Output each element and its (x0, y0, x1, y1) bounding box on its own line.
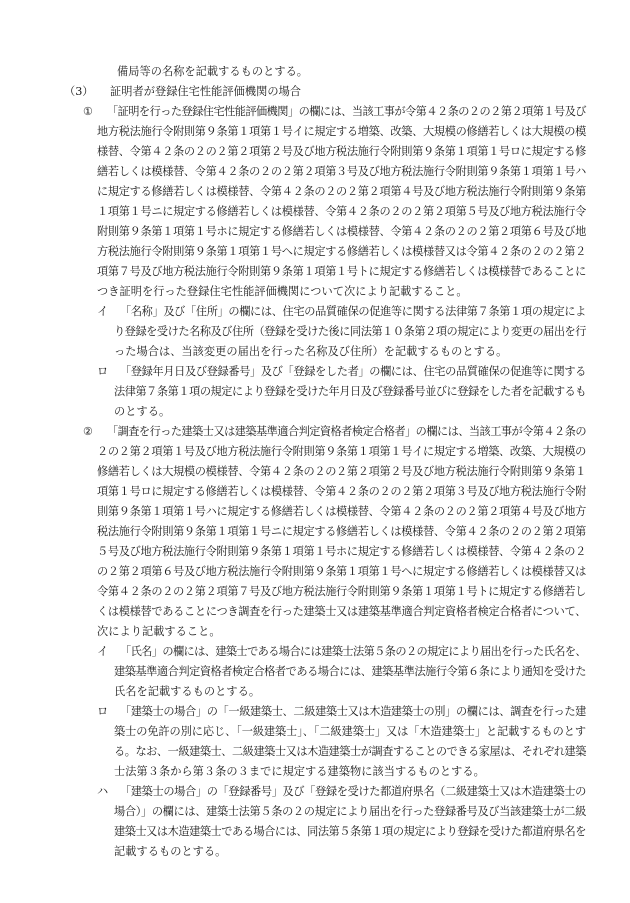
text-line: 「建築士の場合」の「一級建築士、二級建築士又は木造建築士の別」の欄には、調査を行… (120, 702, 586, 722)
text-line: 「登録年月日及び登録番号」及び「登録をした者」の欄には、住宅の品質確保の促進等に… (120, 362, 586, 382)
text-line: 証明者が登録住宅性能評価機関の場合 (110, 82, 301, 102)
text-line: ２の２第２項第１号及び地方税法施行令附則第９条第１項第１号イに規定する増築、改築… (97, 442, 586, 462)
text-line: 記載するものとする。 (114, 842, 226, 862)
text-line: 士法第３条から第３条の３までに規定する建築物に該当するものとする。 (114, 762, 485, 782)
text-line: 様替、令第４２条の２の２第２項第２号及び地方税法施行令附則第９条第１項第１号ロに… (97, 142, 586, 162)
text-line: 築士の免許の別に応じ、「一級建築士」、「二級建築士」又は「木造建築士」と記載する… (114, 722, 586, 742)
text-line: 場合）」の欄には、建築士法第５条の２の規定により届出を行った登録番号及び当該建築… (114, 802, 586, 822)
text-line: 法律第７条第１項の規定により登録を受けた年月日及び登録番号並びに登録をした者を記… (114, 382, 586, 402)
text-line: の２第２項第６号及び地方税法施行令附則第９条第１項第１号へに規定する修繕若しくは… (97, 562, 586, 582)
list-marker: ① (83, 102, 93, 122)
text-line: 「建築士の場合」の「登録番号」及び「登録を受けた都道府県名（二級建築士又は木造建… (120, 782, 586, 802)
list-marker: イ (97, 642, 108, 662)
text-line: り登録を受けた名称及び住所（登録を受けた後に同法第１０条第２項の規定により変更の… (114, 322, 586, 342)
text-line: 項第７号及び地方税法施行令附則第９条第１項第１号トに規定する修繕若しくは模様替で… (97, 262, 586, 282)
text-line: 「氏名」の欄には、建築士である場合には建築士法第５条の２の規定により届出を行った… (120, 642, 586, 662)
text-line: 税法施行令附則第９条第１項第１号ニに規定する修繕若しくは模様替、令第４２条の２の… (97, 522, 586, 542)
text-line: 備局等の名称を記載するものとする。 (117, 62, 308, 82)
text-line: る。なお、一級建築士、二級建築士又は木造建築士が調査することのできる家屋は、それ… (114, 742, 586, 762)
text-line: 方税法施行令附則第９条第１項第１号へに規定する修繕若しくは模様替又は令第４２条の… (97, 242, 586, 262)
text-line: 附則第９条第１項第１号ホに規定する修繕若しくは模様替、令第４２条の２の２第２項第… (97, 222, 586, 242)
text-line: 建築基準適合判定資格者検定合格者である場合には、建築基準法施行令第６条により通知… (114, 662, 586, 682)
list-marker: イ (97, 302, 108, 322)
text-line: 「名称」及び「住所」の欄には、住宅の品質確保の促進等に関する法律第７条第１項の規… (120, 302, 586, 322)
text-line: 地方税法施行令附則第９条第１項第１号イに規定する増築、改築、大規模の修繕若しくは… (97, 122, 586, 142)
text-line: つき証明を行った登録住宅性能評価機関について次により記載すること。 (97, 282, 468, 302)
text-line: 次により記載すること。 (97, 622, 221, 642)
text-line: １項第１号ニに規定する修繕若しくは模様替、令第４２条の２の２第２項第５号及び地方… (97, 202, 586, 222)
text-line: った場合は、当該変更の届出を行った名称及び住所）を記載するものとする。 (114, 342, 507, 362)
text-line: ５号及び地方税法施行令附則第９条第１項第１号ホに規定する修繕若しくは模様替、令第… (97, 542, 586, 562)
text-line: 項第１号ロに規定する修繕若しくは模様替、令第４２条の２の２第２項第３号及び地方税… (97, 482, 586, 502)
list-marker: ハ (97, 782, 108, 802)
text-line: のとする。 (114, 402, 170, 422)
text-line: 「調査を行った建築士又は建築基準適合判定資格者検定合格者」の欄には、当該工事が令… (107, 422, 586, 442)
text-line: 令第４２条の２の２第２項第７号及び地方税法施行令附則第９条第１項第１号トに規定す… (97, 582, 586, 602)
text-line: 氏名を記載するものとする。 (114, 682, 260, 702)
text-line: 修繕若しくは大規模の模様替、令第４２条の２の２第２項第２号及び地方税法施行令附則… (97, 462, 586, 482)
text-line: に規定する修繕若しくは模様替、令第４２条の２の２第２項第４号及び地方税法施行令附… (97, 182, 586, 202)
list-marker: ② (83, 422, 93, 442)
text-line: 「証明を行った登録住宅性能評価機関」の欄には、当該工事が令第４２条の２の２第２項… (107, 102, 586, 122)
list-marker: ロ (97, 702, 108, 722)
text-line: くは模様替であることにつき調査を行った建築士又は建築基準適合判定資格者検定合格者… (97, 602, 586, 622)
list-marker: ロ (97, 362, 108, 382)
text-line: 則第９条第１項第１号ハに規定する修繕若しくは模様替、令第４２条の２の２第２項第４… (97, 502, 586, 522)
list-marker: （3） (64, 82, 94, 102)
text-line: 建築士又は木造建築士である場合には、同法第５条第１項の規定により登録を受けた都道… (114, 822, 586, 842)
text-line: 繕若しくは模様替、令第４２条の２の２第２項第３号及び地方税法施行令附則第９条第１… (97, 162, 586, 182)
